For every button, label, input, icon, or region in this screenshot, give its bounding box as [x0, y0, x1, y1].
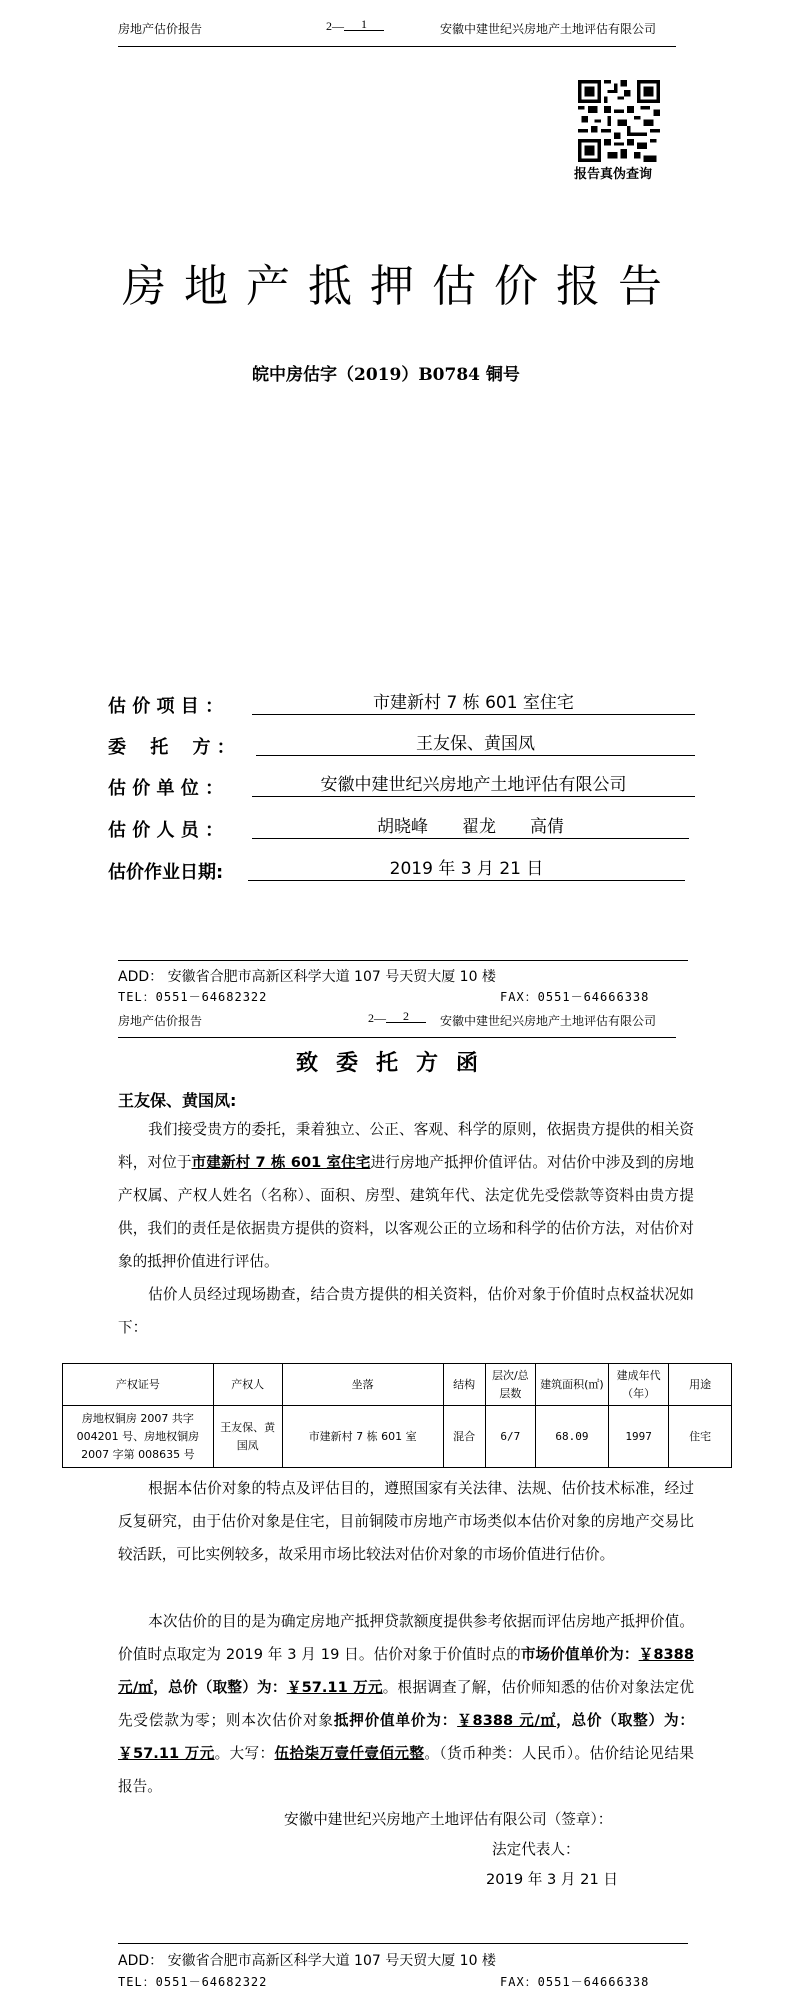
footer-fax: FAX：0551－64666338	[500, 1973, 649, 1990]
page-number-value: 1	[344, 18, 384, 31]
cell-location: 市建新村 7 栋 601 室	[282, 1406, 443, 1468]
footer-fax: FAX：0551－64666338	[500, 988, 649, 1005]
header-left: 房地产估价报告	[118, 20, 202, 37]
field-label-date: 估价作业日期:	[108, 858, 223, 884]
col-header: 层次/总层数	[485, 1364, 535, 1406]
market-total-price: ￥57.11 万元	[287, 1679, 383, 1696]
mortgage-total-price: ￥57.11 万元	[118, 1745, 215, 1762]
field-label-appraiser-org: 估 价 单 位 ：	[108, 774, 223, 800]
property-rights-table: 产权证号 产权人 坐落 结构 层次/总层数 建筑面积(㎡) 建成年代（年） 用途…	[62, 1363, 732, 1468]
field-label-project: 估 价 项 目 ：	[108, 692, 223, 718]
page-prefix: 2—	[326, 19, 344, 33]
field-label-appraisers: 估 价 人 员 ：	[108, 816, 223, 842]
cell-floor: 6/7	[485, 1406, 535, 1468]
col-header: 建筑面积(㎡)	[535, 1364, 608, 1406]
field-value-date: 2019 年 3 月 21 日	[248, 858, 685, 881]
qr-caption: 报告真伪查询	[574, 163, 652, 182]
field-value-appraiser-org: 安徽中建世纪兴房地产土地评估有限公司	[252, 774, 695, 797]
footer-tel: TEL：0551－64682322	[118, 1973, 267, 1990]
page-prefix: 2—	[368, 1011, 386, 1025]
header-right: 安徽中建世纪兴房地产土地评估有限公司	[440, 1012, 656, 1029]
mortgage-unit-price: ￥8388 元/㎡	[457, 1712, 556, 1729]
footer-divider	[118, 960, 688, 961]
table-header-row: 产权证号 产权人 坐落 结构 层次/总层数 建筑面积(㎡) 建成年代（年） 用途	[63, 1364, 732, 1406]
signature-date: 2019 年 3 月 21 日	[486, 1868, 618, 1889]
amount-in-words: 伍拾柒万壹仟壹佰元整	[275, 1745, 425, 1762]
table-row: 房地权铜房 2007 共字 004201 号、房地权铜房 2007 字第 008…	[63, 1406, 732, 1468]
paragraph-intro: 我们接受贵方的委托，秉着独立、公正、客观、科学的原则，依据贵方提供的相关资料，对…	[118, 1113, 694, 1278]
page-number: 2—1	[326, 18, 384, 34]
field-label-client: 委 托 方 ：	[108, 733, 235, 759]
footer-tel: TEL：0551－64682322	[118, 988, 267, 1005]
cell-usage: 住宅	[669, 1406, 732, 1468]
col-header: 用途	[669, 1364, 732, 1406]
field-value-project: 市建新村 7 栋 601 室住宅	[252, 692, 695, 715]
cell-area: 68.09	[535, 1406, 608, 1468]
footer-address: ADD： 安徽省合肥市高新区科学大道 107 号天贸大厦 10 楼	[118, 966, 496, 986]
salutation: 王友保、黄国凤:	[118, 1088, 236, 1111]
col-header: 结构	[443, 1364, 485, 1406]
signature-rep: 法定代表人：	[492, 1838, 580, 1859]
footer-divider	[118, 1943, 688, 1944]
footer-address: ADD： 安徽省合肥市高新区科学大道 107 号天贸大厦 10 楼	[118, 1950, 496, 1970]
cell-cert-no: 房地权铜房 2007 共字 004201 号、房地权铜房 2007 字第 008…	[63, 1406, 214, 1468]
report-title: 房地产抵押估价报告	[122, 250, 680, 314]
paragraph-status: 估价人员经过现场勘查，结合贵方提供的相关资料，估价对象于价值时点权益状况如下：	[118, 1278, 694, 1344]
property-address: 市建新村 7 栋 601 室住宅	[192, 1154, 371, 1171]
signature-company: 安徽中建世纪兴房地产土地评估有限公司（签章）：	[284, 1808, 612, 1829]
col-header: 产权证号	[63, 1364, 214, 1406]
page-number: 2—2	[368, 1010, 426, 1026]
paragraph-method: 根据本估价对象的特点及评估目的，遵照国家有关法律、法规、估价技术标准，经过反复研…	[118, 1472, 694, 1571]
field-value-appraisers: 胡晓峰 翟龙 高倩	[252, 816, 689, 839]
header-left: 房地产估价报告	[118, 1012, 202, 1029]
cell-owner: 王友保、黄国凤	[213, 1406, 282, 1468]
field-value-client: 王友保、黄国凤	[256, 733, 695, 756]
header-divider	[118, 46, 676, 47]
document-number: 皖中房估字（2019）B0784 铜号	[252, 360, 520, 385]
paragraph-valuation: 本次估价的目的是为确定房地产抵押贷款额度提供参考依据而评估房地产抵押价值。价值时…	[118, 1605, 694, 1803]
letter-title: 致委托方函	[296, 1046, 496, 1077]
cell-year: 1997	[608, 1406, 669, 1468]
col-header: 建成年代（年）	[608, 1364, 669, 1406]
qr-code-icon[interactable]	[578, 80, 660, 166]
header-right: 安徽中建世纪兴房地产土地评估有限公司	[440, 20, 656, 37]
cell-structure: 混合	[443, 1406, 485, 1468]
col-header: 坐落	[282, 1364, 443, 1406]
page-number-value: 2	[386, 1010, 426, 1023]
header-divider	[118, 1037, 676, 1038]
col-header: 产权人	[213, 1364, 282, 1406]
